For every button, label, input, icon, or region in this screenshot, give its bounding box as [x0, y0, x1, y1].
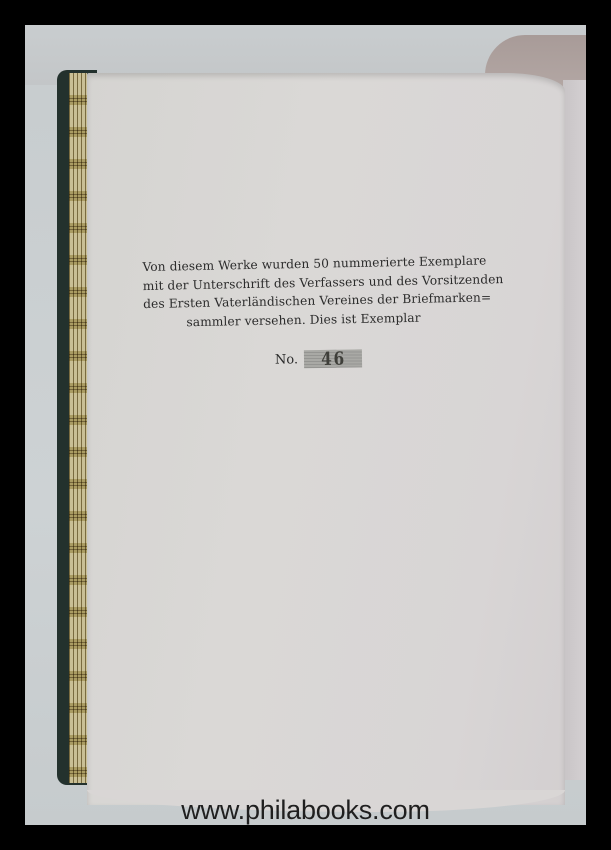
watermark-url: www.philabooks.com [25, 795, 586, 825]
edition-number: No. 46 [275, 349, 362, 368]
decorative-endpaper-strip [69, 73, 87, 783]
number-stamp: 46 [304, 349, 362, 368]
number-label: No. [275, 352, 298, 367]
book-photo: Von diesem Werke wurden 50 nummerierte E… [25, 25, 586, 825]
colophon-text: Von diesem Werke wurden 50 nummerierte E… [142, 252, 463, 332]
book-page [87, 73, 565, 805]
number-value: 46 [321, 348, 346, 369]
page-stack-edge [563, 80, 586, 780]
